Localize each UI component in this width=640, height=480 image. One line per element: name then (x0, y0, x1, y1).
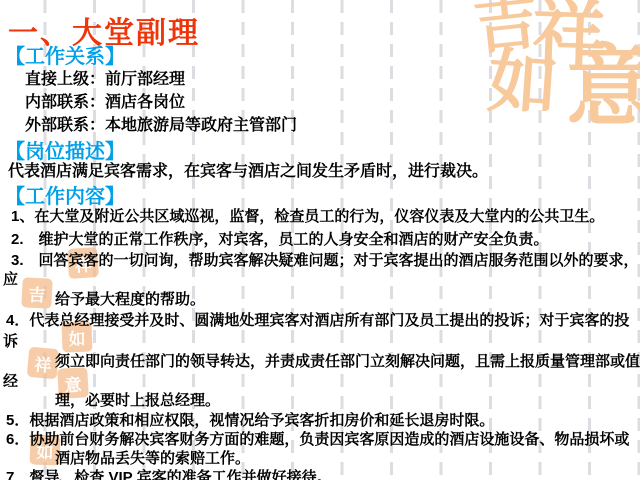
relation-line-external-contacts: 外部联系：本地旅游局等政府主管部门 (25, 112, 297, 135)
position-description-text: 代表酒店满足宾客需求，在宾客与酒店之间发生矛盾时，进行裁决。 (8, 158, 488, 181)
duty-line: 3. 回答宾客的一切问询，帮助宾客解决疑难问题；对于宾客提出的酒店服务范围以外的… (11, 249, 639, 270)
duty-line-wrap-char: 经 (3, 370, 18, 391)
duty-line-wrap-char: 诉 (3, 330, 18, 351)
relation-line-direct-superior: 直接上级：前厅部经理 (25, 66, 185, 89)
duty-line: 5．根据酒店政策和相应权限，视情况给予宾客折扣房价和延长退房时限。 (6, 409, 494, 430)
duty-line: 2. 维护大堂的正常工作秩序，对宾客，员工的人身安全和酒店的财产安全负责。 (11, 228, 549, 249)
duty-line-continuation: 给予最大程度的帮助。 (55, 288, 205, 309)
duty-line-wrap-char: 应 (3, 268, 18, 289)
calligraphy-char-yi-icon: 意 (566, 42, 640, 130)
duty-line: 7．督导、检查 VIP 宾客的准备工作并做好接待。 (6, 466, 332, 480)
duty-line-continuation: 酒店物品丢失等的索赔工作。 (55, 447, 250, 468)
duty-line-continuation: 理，必要时上报总经理。 (55, 389, 220, 410)
relation-line-internal-contacts: 内部联系：酒店各岗位 (25, 89, 185, 112)
section-heading-work-relations: 【工作关系】 (5, 40, 125, 69)
slide: 吉 祥 如 意 祥 吉 如 祥 意 如 一、大堂副理 【工作关系】 直接上级：前… (0, 0, 640, 480)
duty-line-continuation: 须立即向责任部门的领导转达，并责成责任部门立刻解决问题，且需上报质量管理部或值班 (55, 350, 640, 371)
calligraphy-char-ru-icon: 如 (486, 46, 561, 121)
duty-line: 6．协助前台财务解决宾客财务方面的难题，负责因宾客原因造成的酒店设施设备、物品损… (6, 428, 629, 449)
duty-line: 4．代表总经理接受并及时、圆满地处理宾客对酒店所有部门及员工提出的投诉；对于宾客… (6, 309, 629, 330)
seal-stamp-icon: 吉 (21, 277, 53, 309)
duty-line: 1、在大堂及附近公共区域巡视，监督，检查员工的行为，仪容仪表及大堂内的公共卫生。 (11, 205, 604, 226)
